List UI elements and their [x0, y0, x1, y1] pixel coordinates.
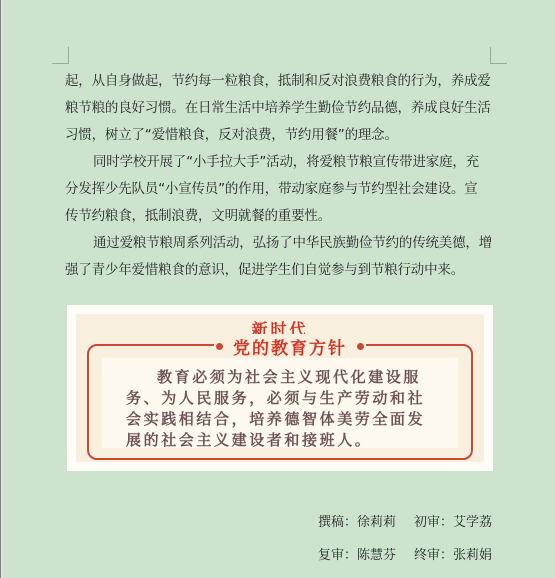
text-line: 习惯，树立了“爱惜粮食，反对浪费，节约用餐”的理念。 [65, 122, 492, 149]
policy-card-image[interactable]: 新时代 党的教育方针 教育必须为社会主义现代化建设服 务、为人民服务，必须与生产… [67, 305, 493, 471]
credits-line-1: 撰稿：徐莉莉 初审：艾学荔 [318, 504, 492, 537]
credits-line-2: 复审：陈慧芬 终审：张莉娟 [318, 537, 492, 570]
text-boundary-mark-top-right [490, 47, 507, 64]
policy-box-legend: 党的教育方针 [214, 334, 366, 358]
text-line: 通过爱粮节粮周系列活动，弘扬了中华民族勤俭节约的传统美德，增 [65, 230, 492, 257]
policy-text-line: 务、为人民服务，必须与生产劳动和社 [126, 388, 434, 409]
credit-final-review: 终审：张莉娟 [414, 544, 492, 563]
policy-text-panel: 教育必须为社会主义现代化建设服 务、为人民服务，必须与生产劳动和社 会实践相结合… [102, 358, 458, 448]
credit-first-review: 初审：艾学荔 [414, 511, 492, 530]
policy-bordered-box: 党的教育方针 教育必须为社会主义现代化建设服 务、为人民服务，必须与生产劳动和社… [87, 344, 473, 460]
window-left-edge [0, 0, 3, 578]
decor-dot-left [216, 343, 223, 350]
decor-dot-right [357, 343, 364, 350]
text-line: 强了青少年爱惜粮食的意识，促进学生们自觉参与到节粮行动中来。 [65, 257, 492, 284]
text-line: 传节约粮食，抵制浪费，文明就餐的重要性。 [65, 203, 492, 230]
credit-writer: 撰稿：徐莉莉 [318, 511, 396, 530]
text-line: 同时学校开展了“小手拉大手”活动，将爱粮节粮宣传带进家庭，充 [65, 149, 492, 176]
credit-second-review: 复审：陈慧芬 [318, 544, 396, 563]
text-boundary-mark-top-left [52, 47, 69, 64]
document-body-text: 起，从自身做起，节约每一粒粮食，抵制和反对浪费粮食的行为，养成爱 粮节粮的良好习… [65, 68, 492, 284]
policy-text-line: 教育必须为社会主义现代化建设服 [126, 367, 434, 388]
text-line: 分发挥少先队员“小宣传员”的作用，带动家庭参与节约型社会建设。宣 [65, 176, 492, 203]
credits-block: 撰稿：徐莉莉 初审：艾学荔 复审：陈慧芬 终审：张莉娟 [318, 504, 492, 570]
card-title-line2: 党的教育方针 [223, 334, 357, 359]
policy-text-line: 展的社会主义建设者和接班人。 [126, 430, 434, 451]
text-line: 粮节粮的良好习惯。在日常生活中培养学生勤俭节约品德，养成良好生活 [65, 95, 492, 122]
word-document-page: 起，从自身做起，节约每一粒粮食，抵制和反对浪费粮食的行为，养成爱 粮节粮的良好习… [0, 0, 555, 578]
text-line: 起，从自身做起，节约每一粒粮食，抵制和反对浪费粮食的行为，养成爱 [65, 68, 492, 95]
policy-card-background: 新时代 党的教育方针 教育必须为社会主义现代化建设服 务、为人民服务，必须与生产… [76, 314, 484, 462]
policy-text-line: 会实践相结合，培养德智体美劳全面发 [126, 409, 434, 430]
